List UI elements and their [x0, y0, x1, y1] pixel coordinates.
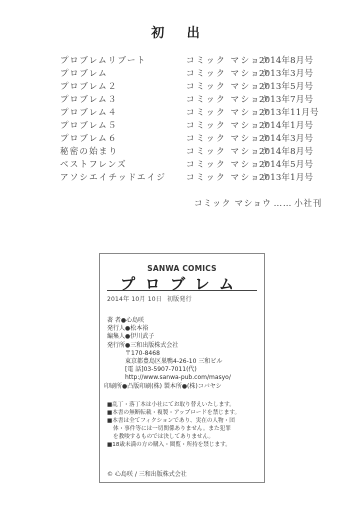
staff-credits: 著 者●心島咲 発行人●松本裕 編集人●伊川武子 発行所●三和出版株式会社 〒1… — [107, 317, 231, 391]
notice-item: ■18歳未満の方の購入・閲覧・所持を禁じます。 — [107, 441, 262, 449]
editor-credit: 編集人●伊川武子 — [107, 333, 231, 341]
credit-row: 秘密の始まり コミック マショウ 2014年8月号 — [60, 146, 320, 159]
notice-continuation: 体・事件等には一切関係ありません。また犯罪 — [107, 425, 262, 433]
notice-item: ■本書は全てフィクションであり、実在の人物・団 — [107, 417, 262, 425]
work-title: プロブレムリブート — [60, 55, 146, 68]
issue-date: 2014年8月号 — [259, 55, 313, 68]
publisher-credit: 発行所●三和出版株式会社 — [107, 342, 231, 350]
credit-row: ベストフレンズ コミック マショウ 2014年5月号 — [60, 159, 320, 172]
credit-row: プロブレム６ コミック マショウ 2014年3月号 — [60, 133, 320, 146]
credit-row: プロブレム コミック マショウ 2013年3月号 — [60, 68, 320, 81]
work-title: プロブレム — [60, 68, 108, 81]
work-title: プロブレム２ — [60, 81, 118, 94]
magazine-publisher-note: コミック マショウ……小社刊 — [194, 197, 324, 209]
issue-date: 2013年3月号 — [259, 68, 313, 81]
title-divider — [107, 290, 257, 291]
website-url: http://www.sanwa-pub.com/masyo/ — [107, 374, 231, 382]
issue-date: 2014年3月号 — [259, 133, 313, 146]
notice-item: ■本書の無断転載・複製・アップロードを禁じます。 — [107, 409, 262, 417]
colophon-box: SANWA COMICS プロブレム 2014年 10月 10日初版発行 著 者… — [99, 253, 265, 483]
work-title: 秘密の始まり — [60, 146, 118, 159]
credit-row: プロブレム３ コミック マショウ 2013年7月号 — [60, 94, 320, 107]
work-title: プロブレム５ — [60, 120, 118, 133]
credit-row: プロブレムリブート コミック マショウ 2014年8月号 — [60, 55, 320, 68]
work-title: プロブレム４ — [60, 107, 118, 120]
credit-row: プロブレム２ コミック マショウ 2013年5月号 — [60, 81, 320, 94]
address: 東京都豊島区巣鴨4-26-10 三和ビル — [107, 358, 231, 366]
edition: 初版発行 — [167, 296, 192, 303]
work-title: プロブレム６ — [60, 133, 118, 146]
credit-row: プロブレム４ コミック マショウ 2013年11月号 — [60, 107, 320, 120]
issue-date: 2013年1月号 — [259, 172, 313, 185]
date: 2014年 10月 10日 — [107, 296, 162, 303]
copyright-line: © 心島咲 / 三和出版株式会社 — [107, 469, 187, 478]
work-title: ベストフレンズ — [60, 159, 127, 172]
issue-date: 2013年11月号 — [259, 107, 319, 120]
work-title: アソシエイチッドエイジ — [60, 172, 166, 185]
credit-row: アソシエイチッドエイジ コミック マショウ 2013年1月号 — [60, 172, 320, 185]
notice-item: ■乱丁・落丁本は小社にてお取り替えいたします。 — [107, 401, 262, 409]
first-appearance-list: プロブレムリブート コミック マショウ 2014年8月号 プロブレム コミック … — [60, 55, 320, 185]
postal-code: 〒170-8468 — [107, 350, 231, 358]
issue-date: 2014年8月号 — [259, 146, 313, 159]
publisher-note: 小社刊 — [294, 199, 322, 209]
issue-date: 2014年1月号 — [259, 120, 313, 133]
leader-dots: …… — [274, 199, 293, 209]
work-title: プロブレム３ — [60, 94, 118, 107]
imprint-brand: SANWA COMICS — [100, 264, 264, 273]
notice-continuation: を教唆するものでは決してありません。 — [107, 433, 262, 441]
magazine-name: コミック マショウ — [194, 199, 272, 209]
phone: [電 話]03-5907-7011(代) — [107, 366, 231, 374]
printer-binder-credit: 印刷所●凸版印刷(株) 製本所●(株)コバヤシ — [104, 383, 228, 391]
issue-date: 2013年5月号 — [259, 81, 313, 94]
issue-date: 2013年7月号 — [259, 94, 313, 107]
credit-row: プロブレム５ コミック マショウ 2014年1月号 — [60, 120, 320, 133]
publication-date: 2014年 10月 10日初版発行 — [107, 294, 197, 303]
first-appearance-title: 初 出 — [0, 22, 360, 41]
issue-date: 2014年5月号 — [259, 159, 313, 172]
legal-notices: ■乱丁・落丁本は小社にてお取り替えいたします。 ■本書の無断転載・複製・アップロ… — [107, 401, 262, 450]
author-credit: 著 者●心島咲 — [107, 317, 231, 325]
